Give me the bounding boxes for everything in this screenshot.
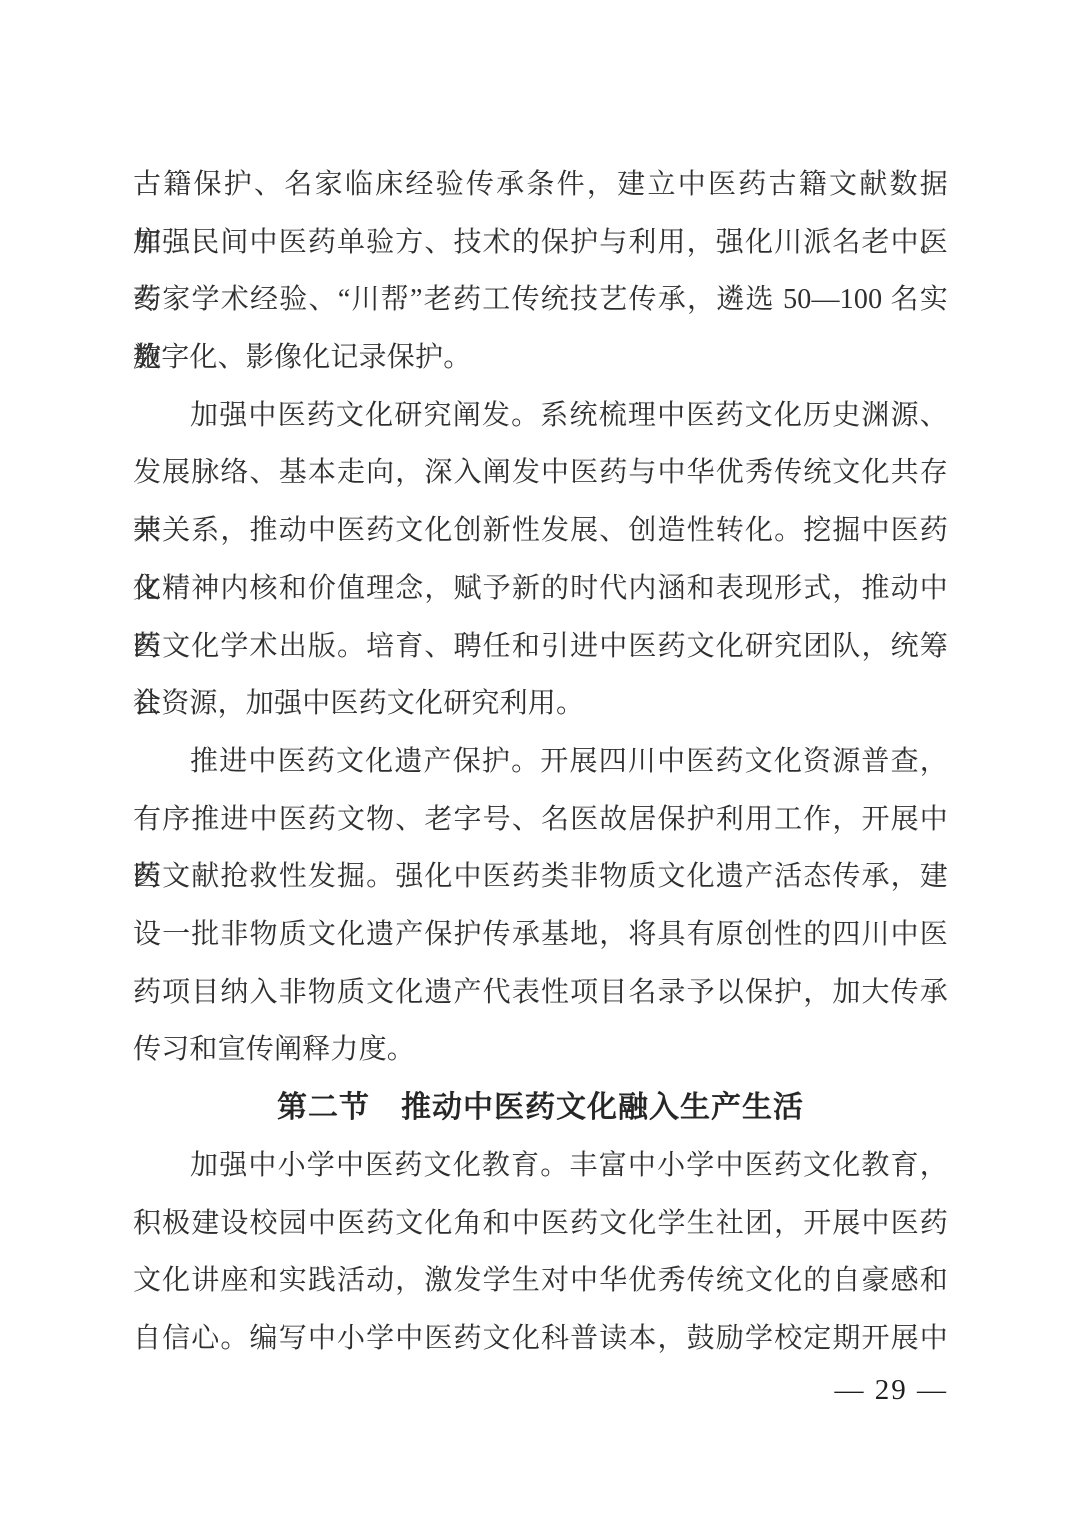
- page-number: — 29 —: [133, 1370, 948, 1410]
- text-line: 积极建设校园中医药文化角和中医药文化学生社团，开展中医药: [133, 1195, 948, 1253]
- paragraph-continuation: 古籍保护、名家临床经验传承条件，建立中医药古籍文献数据库。 加强民间中医药单验方…: [133, 156, 948, 387]
- text-line: 发展脉络、基本走向，深入阐发中医药与中华优秀传统文化共存共: [133, 444, 948, 502]
- text-line: 有序推进中医药文物、老字号、名医故居保护利用工作，开展中医: [133, 791, 948, 849]
- paragraph-culture-research: 加强中医药文化研究阐发。系统梳理中医药文化历史渊源、 发展脉络、基本走向，深入阐…: [133, 387, 948, 733]
- section-heading: 第二节 推动中医药文化融入生产生活: [133, 1079, 948, 1137]
- text-line: 化精神内核和价值理念，赋予新的时代内涵和表现形式，推动中医: [133, 560, 948, 618]
- text-line: 专家学术经验、“川帮”老药工传统技艺传承，遴选 50—100 名实施: [133, 271, 948, 329]
- text-line: 传习和宣传阐释力度。: [133, 1021, 948, 1079]
- page-body: 古籍保护、名家临床经验传承条件，建立中医药古籍文献数据库。 加强民间中医药单验方…: [0, 0, 1080, 1410]
- paragraph-school-education: 加强中小学中医药文化教育。丰富中小学中医药文化教育， 积极建设校园中医药文化角和…: [133, 1137, 948, 1368]
- text-line: 加强民间中医药单验方、技术的保护与利用，强化川派名老中医药: [133, 214, 948, 272]
- text-line: 荣关系，推动中医药文化创新性发展、创造性转化。挖掘中医药文: [133, 502, 948, 560]
- text-line: 药文化学术出版。培育、聘任和引进中医药文化研究团队，统筹社: [133, 618, 948, 676]
- document-page: 古籍保护、名家临床经验传承条件，建立中医药古籍文献数据库。 加强民间中医药单验方…: [0, 0, 1080, 1528]
- text-line: 会资源，加强中医药文化研究利用。: [133, 675, 948, 733]
- text-line: 数字化、影像化记录保护。: [133, 329, 948, 387]
- text-line: 药文献抢救性发掘。强化中医药类非物质文化遗产活态传承，建: [133, 848, 948, 906]
- text-line: 自信心。编写中小学中医药文化科普读本，鼓励学校定期开展中: [133, 1310, 948, 1368]
- paragraph-heritage-protection: 推进中医药文化遗产保护。开展四川中医药文化资源普查， 有序推进中医药文物、老字号…: [133, 733, 948, 1079]
- text-line: 推进中医药文化遗产保护。开展四川中医药文化资源普查，: [133, 733, 948, 791]
- text-line: 文化讲座和实践活动，激发学生对中华优秀传统文化的自豪感和: [133, 1252, 948, 1310]
- text-line: 古籍保护、名家临床经验传承条件，建立中医药古籍文献数据库。: [133, 156, 948, 214]
- text-line: 加强中小学中医药文化教育。丰富中小学中医药文化教育，: [133, 1137, 948, 1195]
- text-line: 药项目纳入非物质文化遗产代表性项目名录予以保护，加大传承: [133, 964, 948, 1022]
- text-line: 设一批非物质文化遗产保护传承基地，将具有原创性的四川中医: [133, 906, 948, 964]
- text-line: 加强中医药文化研究阐发。系统梳理中医药文化历史渊源、: [133, 387, 948, 445]
